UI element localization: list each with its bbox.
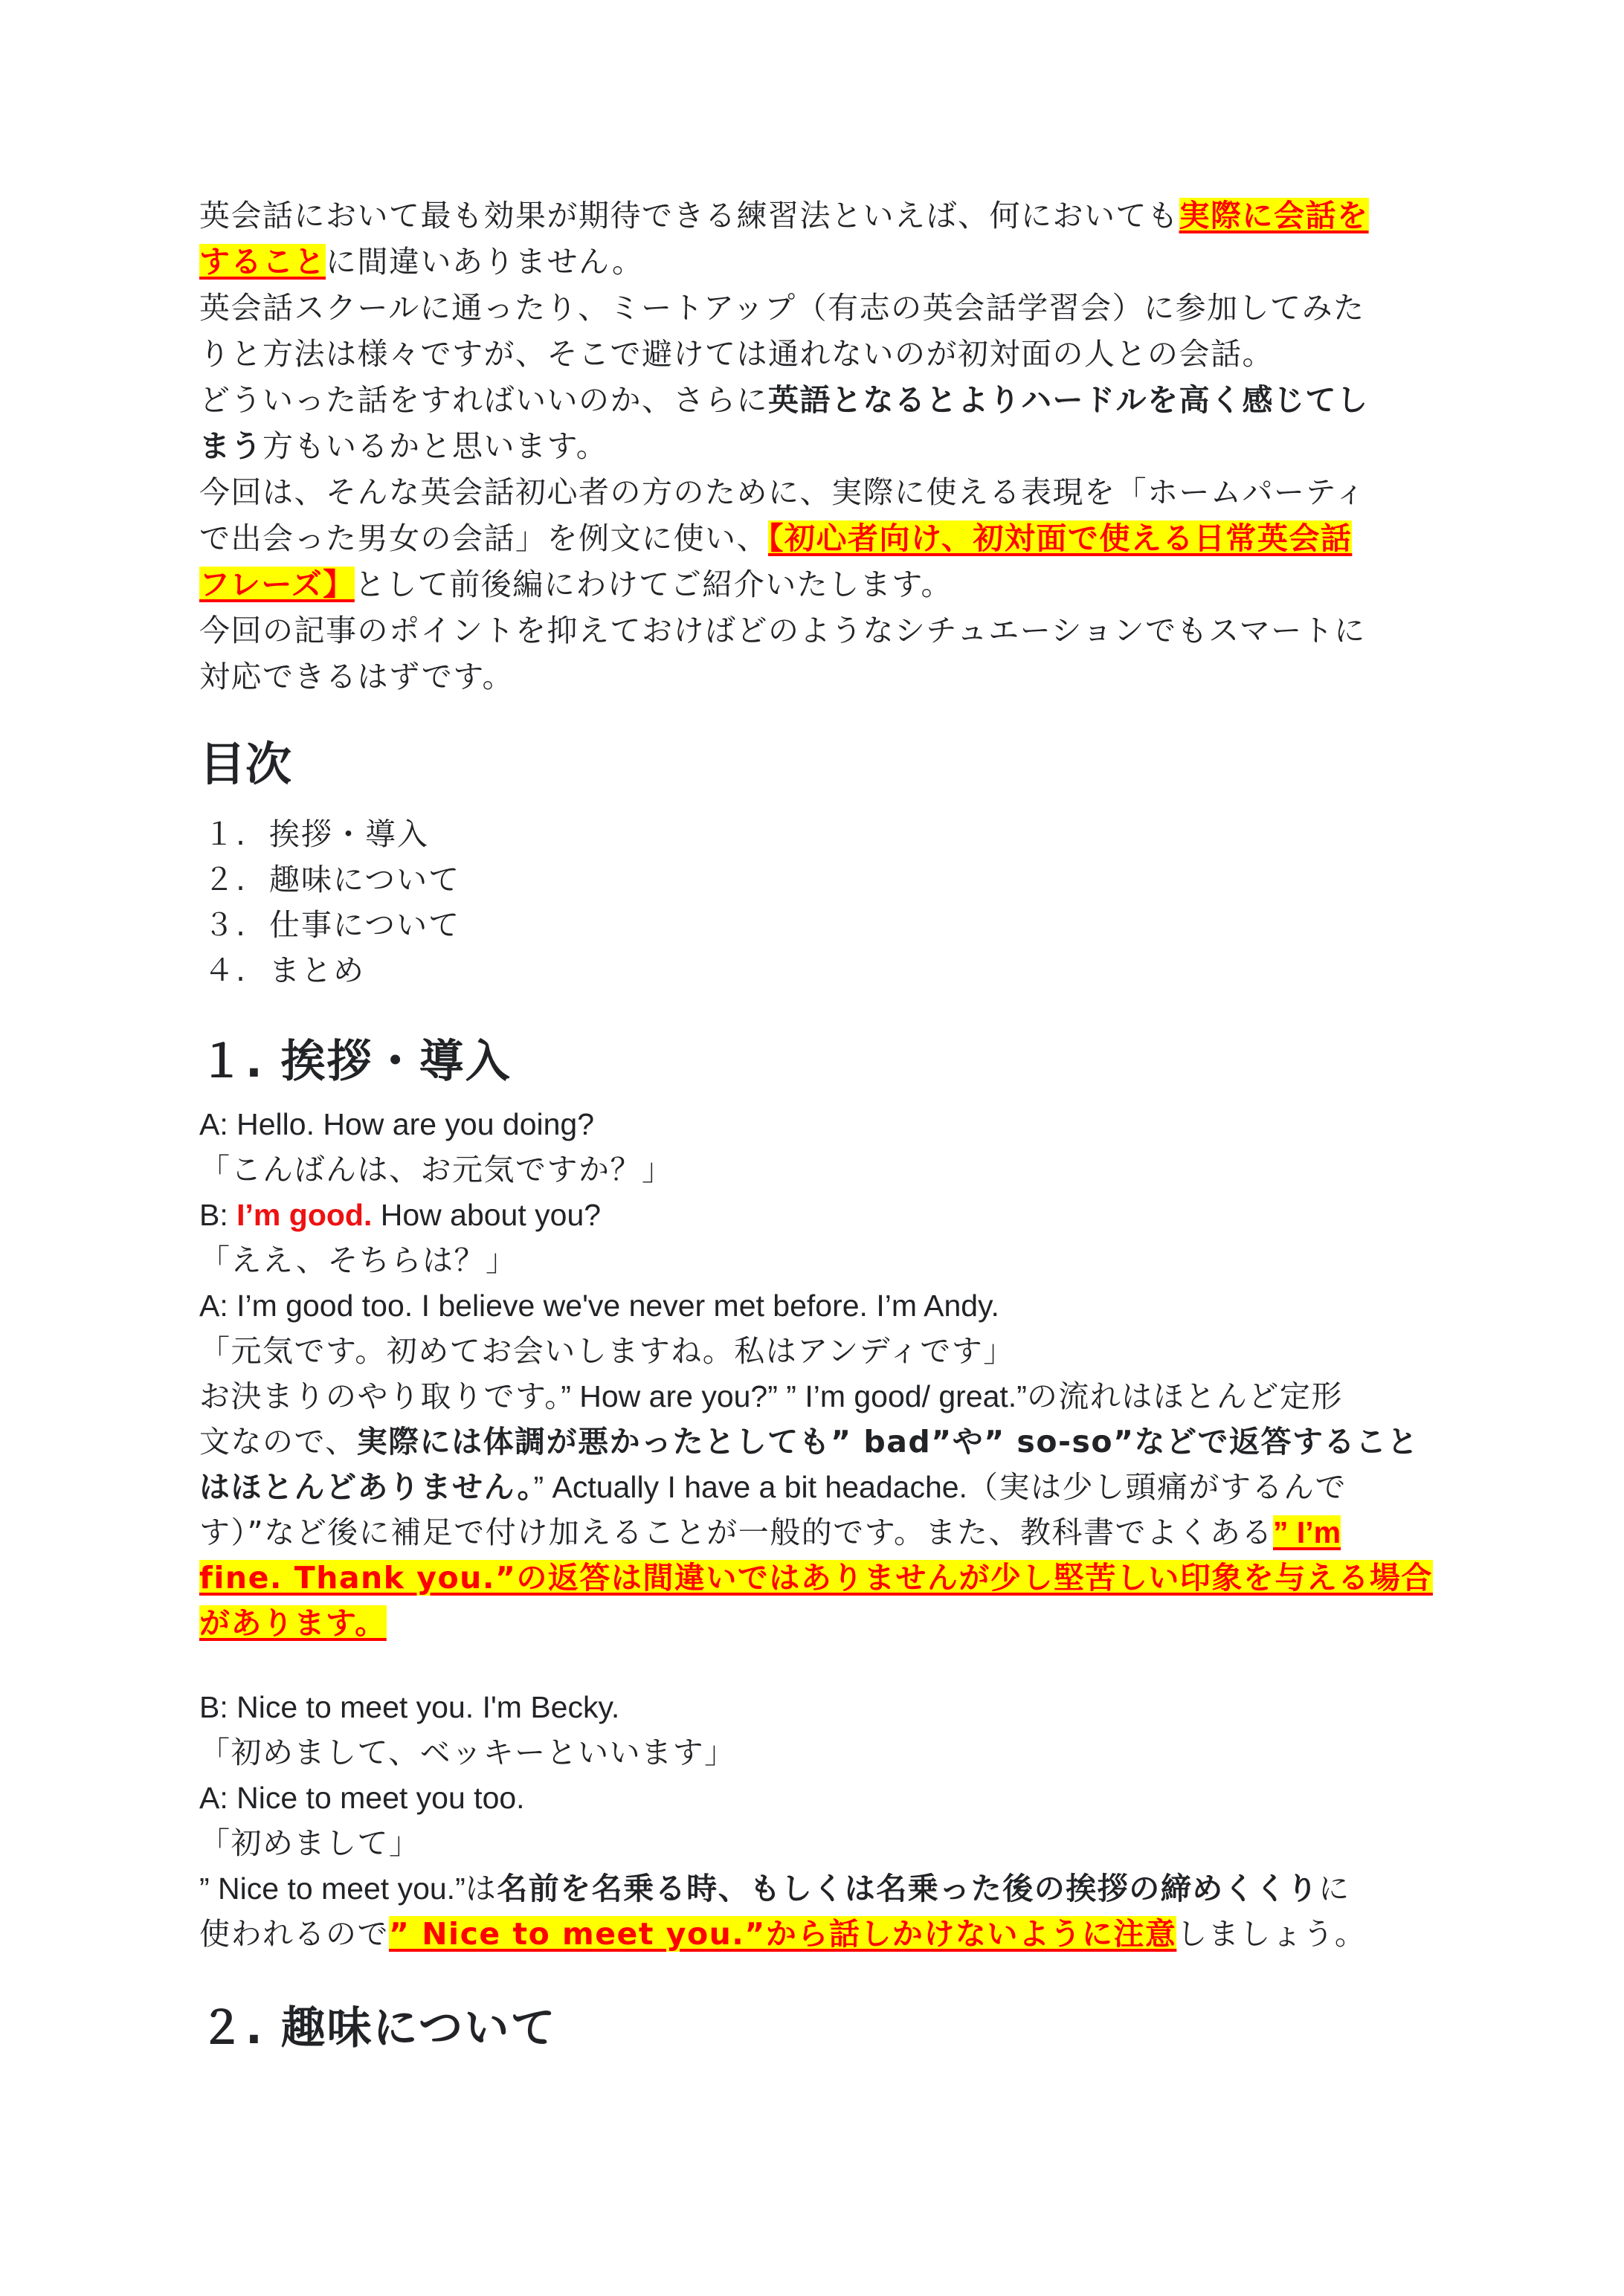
- text: 文なので、: [199, 1424, 357, 1460]
- toc-number: ４.: [204, 949, 269, 991]
- translation-line: 「初めまして、ベッキーといいます」: [199, 1732, 736, 1773]
- intro-line-9: フレーズ】として前後編にわけてご紹介いたします。: [199, 564, 953, 605]
- text: しましょう。: [1176, 1916, 1366, 1952]
- dialogue-line: A: Nice to meet you too.: [199, 1777, 525, 1819]
- section-1-heading: １. 挨拶・導入: [199, 1033, 512, 1090]
- text: （実は少し頭痛がするんで: [967, 1469, 1347, 1505]
- speaker: A:: [199, 1781, 236, 1815]
- text: 今回の記事のポイントを抑えておけばどのようなシチュエーションでもスマートに: [199, 613, 1366, 648]
- emphasis-text: I’m good.: [236, 1198, 372, 1232]
- speaker: B:: [199, 1198, 236, 1232]
- note-line-1: お決まりのやり取りです。” How are you?” ” I’m good/ …: [199, 1376, 1343, 1417]
- english-text: Hello. How are you doing?: [236, 1107, 594, 1141]
- text: りと方法は様々ですが、そこで避けては通れないのが初対面の人との会話。: [199, 336, 1274, 372]
- english-text: Nice to meet you. I'm Becky.: [236, 1690, 619, 1724]
- toc-number: ２.: [204, 859, 269, 900]
- translation-line: 「初めまして」: [199, 1822, 421, 1864]
- intro-line-4: りと方法は様々ですが、そこで避けては通れないのが初対面の人との会話。: [199, 333, 1274, 375]
- text: の流れはほとんど定形: [1027, 1378, 1343, 1414]
- text: 英会話スクールに通ったり、ミートアップ（有志の英会話学習会）に参加してみた: [199, 290, 1365, 326]
- toc-label: まとめ: [269, 952, 365, 988]
- note-line-3: はほとんどありません。” Actually I have a bit heada…: [199, 1466, 1347, 1508]
- intro-line-5: どういった話をすればいいのか、さらに英語となるとよりハードルを高く感じてし: [199, 379, 1369, 421]
- bold-text: はほとんどありません。: [199, 1469, 533, 1505]
- note2-line-2: 使われるので” Nice to meet you.”から話しかけないように注意し…: [199, 1913, 1366, 1955]
- highlighted-text: があります。: [199, 1605, 387, 1641]
- note2-line-1: ” Nice to meet you.”は名前を名乗る時、もしくは名乗った後の挨…: [199, 1868, 1350, 1909]
- text: は: [465, 1871, 497, 1906]
- intro-line-7: 今回は、そんな英会話初心者の方のために、実際に使える表現を「ホームパーティ: [199, 471, 1366, 513]
- highlighted-text: fine. Thank you.”の返答は間違いではありませんが少し堅苦しい印象…: [199, 1560, 1433, 1596]
- translation-line: 「こんばんは、お元気ですか？」: [199, 1149, 674, 1190]
- highlighted-text: 実際に会話を: [1179, 198, 1369, 233]
- intro-line-2: することに間違いありません。: [199, 241, 643, 283]
- english-text: ” How are you?” ” I’m good/ great.”: [561, 1379, 1027, 1413]
- speaker: A:: [199, 1107, 236, 1141]
- text: す）”など後に補足で付け加えることが一般的です。また、教科書でよくある: [199, 1515, 1273, 1550]
- highlighted-text: すること: [199, 244, 326, 280]
- text: お決まりのやり取りです。: [199, 1378, 561, 1414]
- dialogue-line: B: Nice to meet you. I'm Becky.: [199, 1686, 619, 1728]
- highlighted-text: ” Nice to meet you.”から話しかけないように注意: [389, 1916, 1176, 1952]
- highlighted-text: ” I’m: [1273, 1515, 1341, 1550]
- translation-line: 「元気です。初めてお会いしますね。私はアンディです」: [199, 1330, 1015, 1372]
- english-text: Nice to meet you too.: [236, 1781, 524, 1815]
- bold-text: 名前を名乗る時、もしくは名乗った後の挨拶の締めくくり: [497, 1871, 1318, 1906]
- intro-line-10: 今回の記事のポイントを抑えておけばどのようなシチュエーションでもスマートに: [199, 610, 1366, 651]
- dialogue-line: A: I’m good too. I believe we've never m…: [199, 1285, 999, 1326]
- text: として前後編にわけてご紹介いたします。: [355, 567, 953, 602]
- intro-line-3: 英会話スクールに通ったり、ミートアップ（有志の英会話学習会）に参加してみた: [199, 287, 1365, 329]
- toc-item-3[interactable]: ３.仕事について: [204, 904, 460, 946]
- text: 英会話において最も効果が期待できる練習法といえば、何においても: [199, 198, 1179, 233]
- english-text: ” Nice to meet you.”: [199, 1871, 465, 1906]
- highlighted-text: 【初心者向け、初対面で使える日常英会話: [768, 520, 1352, 556]
- note-line-2: 文なので、実際には体調が悪かったとしても” bad”や” so-so”などで返答…: [199, 1421, 1419, 1463]
- speaker: B:: [199, 1690, 236, 1724]
- text: 使われるので: [199, 1916, 389, 1952]
- bold-text: 英語となるとよりハードルを高く感じてし: [768, 382, 1369, 418]
- intro-line-6: まう方もいるかと思います。: [199, 425, 608, 467]
- toc-label: 仕事について: [269, 907, 460, 943]
- speaker: A:: [199, 1289, 236, 1323]
- bold-text: 実際には体調が悪かったとしても” bad”や” so-so”などで返答すること: [357, 1424, 1419, 1460]
- text: に間違いありません。: [326, 244, 643, 280]
- text: 対応できるはずです。: [199, 659, 514, 694]
- text: 今回は、そんな英会話初心者の方のために、実際に使える表現を「ホームパーティ: [199, 474, 1366, 510]
- english-text: How about you?: [372, 1198, 601, 1232]
- toc-number: ３.: [204, 904, 269, 946]
- intro-line-1: 英会話において最も効果が期待できる練習法といえば、何においても実際に会話を: [199, 195, 1369, 236]
- dialogue-line: A: Hello. How are you doing?: [199, 1103, 594, 1145]
- intro-line-8: で出会った男女の会話」を例文に使い、【初心者向け、初対面で使える日常英会話: [199, 517, 1352, 559]
- text: に: [1318, 1871, 1350, 1906]
- text: で出会った男女の会話」を例文に使い、: [199, 520, 768, 556]
- text: どういった話をすればいいのか、さらに: [199, 382, 768, 418]
- toc-label: 挨拶・導入: [269, 816, 429, 852]
- toc-item-4[interactable]: ４.まとめ: [204, 949, 365, 991]
- text: 方もいるかと思います。: [262, 428, 608, 464]
- toc-heading: 目次: [199, 736, 291, 793]
- bold-text: まう: [199, 428, 262, 464]
- note-line-6: があります。: [199, 1602, 387, 1644]
- note-line-5: fine. Thank you.”の返答は間違いではありませんが少し堅苦しい印象…: [199, 1557, 1433, 1599]
- note-line-4: す）”など後に補足で付け加えることが一般的です。また、教科書でよくある” I’m: [199, 1512, 1341, 1553]
- dialogue-line: B: I’m good. How about you?: [199, 1194, 601, 1236]
- english-text: ” Actually I have a bit headache.: [533, 1470, 967, 1504]
- highlighted-text: フレーズ】: [199, 567, 355, 602]
- toc-label: 趣味について: [269, 862, 460, 897]
- toc-item-1[interactable]: １.挨拶・導入: [204, 813, 429, 855]
- intro-line-11: 対応できるはずです。: [199, 656, 514, 697]
- translation-line: 「ええ、そちらは？」: [199, 1239, 517, 1281]
- english-text: I’m good too. I believe we've never met …: [236, 1289, 999, 1323]
- toc-item-2[interactable]: ２.趣味について: [204, 859, 460, 900]
- section-2-heading: ２. 趣味について: [199, 2000, 556, 2057]
- toc-number: １.: [204, 813, 269, 855]
